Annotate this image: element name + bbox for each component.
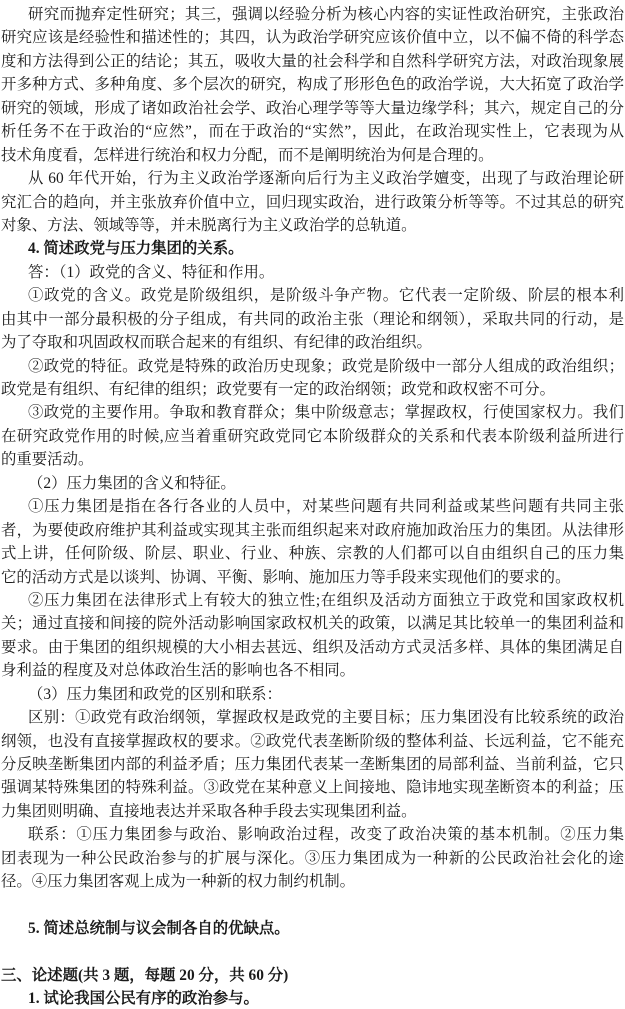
pressure-group-definition-paragraph-line-1: ①压力集团是指在各行各业的人员中，对某些问题有共同利益或某些问题有共同主张: [1, 495, 624, 518]
behavioralism-paragraph-line-1: 研究而抛弃定性研究；其三，强调以经验分析为核心内容的实证性政治研究，主张政治: [1, 3, 624, 26]
spacer-2: [1, 941, 624, 964]
party-features-paragraph: ②政党的特征。政党是特殊的政治历史现象；政党是阶级中一部分人组成的政治组织；政党…: [1, 355, 624, 402]
answer-intro-line-1: 答：（1）政党的含义、特征和作用。: [1, 261, 624, 284]
behavioralism-paragraph-line-4: 开多种方式、多种角度、多个层次的研究，构成了形形色色的政治学说，大大拓宽了政治学: [1, 73, 624, 96]
section-3-heading: 三、论述题(共 3 题，每题 20 分，共 60 分): [1, 964, 624, 987]
post-behavioralism-paragraph-line-1: 从 60 年代开始，行为主义政治学逐渐向后行为主义政治学嬗变，出现了与政治理论研: [1, 167, 624, 190]
differences-paragraph-line-3: 分反映垄断集团内部的利益矛盾；压力集团代表某一垄断集团的局部利益、当前利益，它只: [1, 753, 624, 776]
pressure-group-intro: （2）压力集团的含义和特征。: [1, 472, 624, 495]
links-paragraph: 联系：①压力集团参与政治、影响政治过程，改变了政治决策的基本机制。②压力集团表现…: [1, 823, 624, 893]
post-behavioralism-paragraph-line-2: 究汇合的趋向，并主张放弃价值中立，回归现实政治，进行政策分析等等。不过其总的研究: [1, 191, 624, 214]
pressure-group-definition-paragraph-line-2: 者，为要使政府维护其利益或实现其主张而组织起来对政府施加政治压力的集团。从法律形: [1, 519, 624, 542]
spacer-1-line-1: [1, 894, 624, 917]
differences-paragraph-line-2: 纲领，也没有直接掌握政权的要求。②政党代表垄断阶级的整体利益、长远利益，它不能充: [1, 730, 624, 753]
party-definition-paragraph-line-3: 为了夺取和巩固政权而联合起来的有组织、有纪律的政治组织。: [1, 331, 624, 354]
differences-paragraph-line-4: 强调某特殊集团的特殊利益。③政党在某种意义上间接地、隐讳地实现垄断资本的利益；压: [1, 776, 624, 799]
spacer-1: [1, 894, 624, 917]
question-4-heading-line-1: 4. 简述政党与压力集团的关系。: [1, 237, 624, 260]
party-features-paragraph-line-1: ②政党的特征。政党是特殊的政治历史现象；政党是阶级中一部分人组成的政治组织；: [1, 355, 624, 378]
question-5-heading: 5. 简述总统制与议会制各自的优缺点。: [1, 917, 624, 940]
links-paragraph-line-3: 径。④压力集团客观上成为一种新的权力制约机制。: [1, 870, 624, 893]
differences-paragraph-line-5: 力集团则明确、直接地表达并采取各种手段去实现集团利益。: [1, 800, 624, 823]
differences-paragraph-line-1: 区别：①政党有政治纲领，掌握政权是政党的主要目标；压力集团没有比较系统的政治: [1, 706, 624, 729]
post-behavioralism-paragraph-line-3: 对象、方法、领域等等，并未脱离行为主义政治学的总轨道。: [1, 214, 624, 237]
behavioralism-paragraph-line-3: 度和方法得到公正的结论；其五，吸收大量的社会科学和自然科学研究方法，对政治现象展: [1, 50, 624, 73]
party-role-paragraph-line-2: 在研究政党作用的时候,应当着重研究政党同它本阶级群众的关系和代表本阶级利益所进行: [1, 425, 624, 448]
essay-question-1-heading-line-1: 1. 试论我国公民有序的政治参与。: [1, 987, 624, 1009]
links-paragraph-line-1: 联系：①压力集团参与政治、影响政治过程，改变了政治决策的基本机制。②压力集: [1, 823, 624, 846]
answer-intro: 答：（1）政党的含义、特征和作用。: [1, 261, 624, 284]
pressure-group-definition-paragraph: ①压力集团是指在各行各业的人员中，对某些问题有共同利益或某些问题有共同主张者，为…: [1, 495, 624, 589]
party-definition-paragraph-line-1: ①政党的含义。政党是阶级组织，是阶级斗争产物。它代表一定阶级、阶层的根本利益，: [1, 284, 624, 307]
pressure-group-definition-paragraph-line-4: 它的活动方式是以谈判、协调、平衡、影响、施加压力等手段来实现他们的要求的。: [1, 566, 624, 589]
differences-links-intro: （3）压力集团和政党的区别和联系：: [1, 683, 624, 706]
pressure-group-definition-paragraph-line-3: 式上讲，任何阶级、阶层、职业、行业、种族、宗教的人们都可以自由组织自己的压力集团…: [1, 542, 624, 565]
party-role-paragraph-line-1: ③政党的主要作用。争取和教育群众；集中阶级意志；掌握政权，行使国家权力。我们: [1, 401, 624, 424]
differences-paragraph: 区别：①政党有政治纲领，掌握政权是政党的主要目标；压力集团没有比较系统的政治纲领…: [1, 706, 624, 823]
pressure-group-features-paragraph-line-2: 关；通过直接和间接的院外活动影响国家政权机关的政策，以满足其比较单一的集团利益和: [1, 612, 624, 635]
behavioralism-paragraph-line-6: 析任务不在于政治的“应然”，而在于政治的“实然”，因此，在政治现实性上，它表现为…: [1, 120, 624, 143]
behavioralism-paragraph-line-2: 研究应该是经验性和描述性的；其四，认为政治学研究应该价值中立，以不偏不倚的科学态: [1, 26, 624, 49]
post-behavioralism-paragraph: 从 60 年代开始，行为主义政治学逐渐向后行为主义政治学嬗变，出现了与政治理论研…: [1, 167, 624, 237]
pressure-group-features-paragraph-line-4: 身利益的程度及对总体政治生活的影响也各不相同。: [1, 659, 624, 682]
behavioralism-paragraph: 研究而抛弃定性研究；其三，强调以经验分析为核心内容的实证性政治研究，主张政治研究…: [1, 3, 624, 167]
party-features-paragraph-line-2: 政党是有组织、有纪律的组织；政党要有一定的政治纲领；政党和政权密不可分。: [1, 378, 624, 401]
party-role-paragraph: ③政党的主要作用。争取和教育群众；集中阶级意志；掌握政权，行使国家权力。我们在研…: [1, 401, 624, 471]
behavioralism-paragraph-line-5: 研究的领域，形成了诸如政治社会学、政治心理学等等大量边缘学科；其六，规定自己的分: [1, 97, 624, 120]
question-4-heading: 4. 简述政党与压力集团的关系。: [1, 237, 624, 260]
essay-question-1-heading: 1. 试论我国公民有序的政治参与。: [1, 987, 624, 1009]
question-5-heading-line-1: 5. 简述总统制与议会制各自的优缺点。: [1, 917, 624, 940]
spacer-2-line-1: [1, 941, 624, 964]
pressure-group-features-paragraph: ②压力集团在法律形式上有较大的独立性;在组织及活动方面独立于政党和国家政权机关；…: [1, 589, 624, 683]
pressure-group-intro-line-1: （2）压力集团的含义和特征。: [1, 472, 624, 495]
party-role-paragraph-line-3: 的重要活动。: [1, 448, 624, 471]
party-definition-paragraph: ①政党的含义。政党是阶级组织，是阶级斗争产物。它代表一定阶级、阶层的根本利益，由…: [1, 284, 624, 354]
pressure-group-features-paragraph-line-3: 要求。由于集团的组织规模的大小相去甚远、组织及活动方式灵活多样、具体的集团满足自: [1, 636, 624, 659]
behavioralism-paragraph-line-7: 技术角度看，怎样进行统治和权力分配，而不是阐明统治为何是合理的。: [1, 144, 624, 167]
party-definition-paragraph-line-2: 由其中一部分最积极的分子组成，有共同的政治主张（理论和纲领），采取共同的行动，是: [1, 308, 624, 331]
document-page: 研究而抛弃定性研究；其三，强调以经验分析为核心内容的实证性政治研究，主张政治研究…: [0, 0, 625, 1009]
pressure-group-features-paragraph-line-1: ②压力集团在法律形式上有较大的独立性;在组织及活动方面独立于政党和国家政权机: [1, 589, 624, 612]
differences-links-intro-line-1: （3）压力集团和政党的区别和联系：: [1, 683, 624, 706]
links-paragraph-line-2: 团表现为一种公民政治参与的扩展与深化。③压力集团成为一种新的公民政治社会化的途: [1, 847, 624, 870]
section-3-heading-line-1: 三、论述题(共 3 题，每题 20 分，共 60 分): [1, 964, 624, 987]
